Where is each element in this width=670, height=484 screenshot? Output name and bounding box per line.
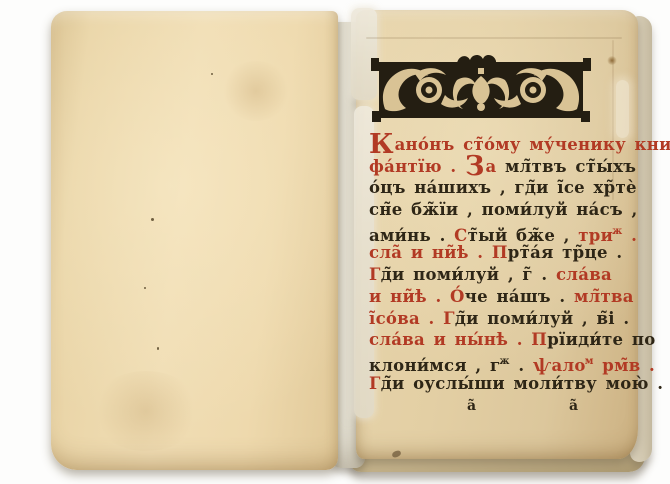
woodcut-headpiece-ornament-icon bbox=[369, 54, 593, 126]
text-segment: О́ bbox=[450, 287, 465, 306]
signature-marks: а̃ а̃ bbox=[369, 398, 631, 416]
paper-stain bbox=[151, 218, 154, 221]
text-segment: П bbox=[531, 330, 547, 349]
page-text: Кано́нъ ст̃о́му му́ченику книфа́нтїю . З… bbox=[369, 134, 631, 394]
text-segment: мл̃твъ ст̃ы́хъ bbox=[505, 157, 636, 176]
text-segment: сла́ва bbox=[556, 265, 612, 284]
text-segment: і̃со́ва . bbox=[369, 309, 443, 328]
text-segment: Г bbox=[369, 265, 381, 284]
text-segment: м bbox=[585, 356, 594, 367]
text-segment: а bbox=[485, 157, 505, 176]
torn-edge bbox=[391, 450, 401, 458]
left-page bbox=[51, 11, 338, 470]
text-segment: . bbox=[623, 226, 638, 245]
paper-stain bbox=[91, 371, 201, 451]
text-line: Гд̃и поми́луй , г̃ . сла́ва bbox=[369, 264, 631, 286]
text-segment: д̃и оуслы́ши моли́тву мою̀ . bbox=[381, 374, 664, 393]
text-segment: ж bbox=[499, 356, 509, 367]
text-segment: Г bbox=[369, 374, 381, 393]
text-segment: сн̃е бж̃їи , поми́луй на́съ , bbox=[369, 200, 638, 219]
text-line: фа́нтїю . За мл̃твъ ст̃ы́хъ bbox=[369, 156, 631, 178]
signature-mark: а̃ bbox=[467, 398, 476, 414]
text-segment: рїиди́те по bbox=[547, 330, 655, 349]
paper-wear bbox=[616, 80, 629, 138]
text-line: сла̃ и ни̃ѣ . Прт̃а́я тр̃це . bbox=[369, 242, 631, 264]
paper-stain bbox=[221, 61, 291, 121]
text-segment: рт̃а́я тр̃це . bbox=[508, 243, 623, 262]
text-line: Кано́нъ ст̃о́му му́ченику кни bbox=[369, 134, 631, 156]
text-line: сн̃е бж̃їи , поми́луй на́съ , bbox=[369, 199, 631, 221]
paper-stain bbox=[157, 347, 159, 350]
right-page: Кано́нъ ст̃о́му му́ченику книфа́нтїю . З… bbox=[356, 10, 638, 459]
paper-stain bbox=[607, 56, 617, 65]
text-line: о́цъ на́шихъ , гд̃и і̃се хр̃тѐ bbox=[369, 177, 631, 199]
text-segment: и ни̃ѣ . bbox=[369, 287, 450, 306]
text-segment: ано́нъ ст̃о́му му́ченику кни bbox=[395, 135, 670, 154]
text-segment: сла̃ и ни̃ѣ . bbox=[369, 243, 492, 262]
text-segment: ж bbox=[612, 226, 622, 237]
paper-stain bbox=[144, 287, 146, 289]
text-segment: фа́нтїю . bbox=[369, 157, 465, 176]
text-segment: о́цъ на́шихъ , гд̃и і̃се хр̃тѐ bbox=[369, 178, 637, 197]
text-segment: д̃и поми́луй , в̃і . bbox=[455, 309, 630, 328]
photo-scene: Кано́нъ ст̃о́му му́ченику книфа́нтїю . З… bbox=[0, 0, 670, 484]
text-segment: д̃и поми́луй , г̃ . bbox=[381, 265, 556, 284]
text-segment: сла́ва и ны́нѣ . bbox=[369, 330, 531, 349]
text-line: Гд̃и оуслы́ши моли́тву мою̀ . bbox=[369, 373, 631, 395]
signature-mark: а̃ bbox=[569, 398, 578, 414]
text-segment: Г bbox=[443, 309, 455, 328]
text-line: ами́нь . Ст̃ый бж̃е , триж . bbox=[369, 221, 631, 243]
text-segment: че на́шъ . bbox=[465, 287, 574, 306]
page-crease bbox=[366, 37, 622, 39]
text-line: і̃со́ва . Гд̃и поми́луй , в̃і . bbox=[369, 308, 631, 330]
text-segment: мл̃тва bbox=[574, 287, 634, 306]
text-line: и ни̃ѣ . О́че на́шъ . мл̃тва bbox=[369, 286, 631, 308]
paper-stain bbox=[211, 73, 213, 75]
text-line: сла́ва и ны́нѣ . Прїиди́те по bbox=[369, 329, 631, 351]
text-segment: П bbox=[492, 243, 508, 262]
text-line: клони́мся , гж . ѱалом рм̃в . bbox=[369, 351, 631, 373]
